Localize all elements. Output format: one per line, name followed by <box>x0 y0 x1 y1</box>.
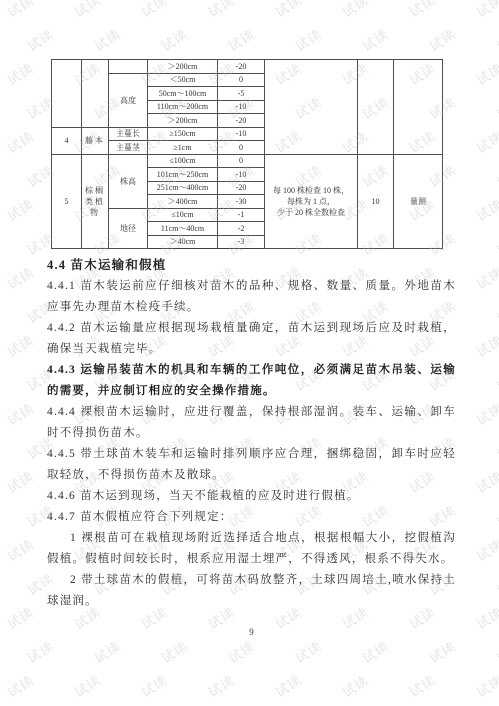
trial-read-watermark: 试读 <box>492 296 499 327</box>
trial-read-watermark: 试读 <box>137 0 171 21</box>
trial-read-watermark: 试读 <box>3 670 37 701</box>
trial-read-watermark: 试读 <box>70 0 104 21</box>
trial-read-watermark: 试读 <box>472 194 499 225</box>
trial-read-watermark: 试读 <box>492 364 499 395</box>
cell-range: ＞200cm <box>148 114 218 128</box>
cell-score: 0 <box>218 141 265 155</box>
cell-score: -1 <box>218 208 265 222</box>
cell-score: -10 <box>218 100 265 114</box>
trial-read-watermark: 试读 <box>204 0 238 21</box>
cell-range: ≤100cm <box>148 154 218 168</box>
cell-measure-blank <box>109 60 148 74</box>
paragraph-item-1: 1 裸根苗可在栽植现场附近选择适合地点，根据根幅大小，挖假植沟假植。假植时间较长… <box>47 528 456 570</box>
trial-read-watermark: 试读 <box>3 398 37 429</box>
trial-read-watermark: 试读 <box>358 636 392 667</box>
cell-points: 10 <box>358 154 394 249</box>
cell-method-blank <box>394 60 443 155</box>
cell-range: ＞40cm <box>148 235 218 249</box>
cell-range: 11cm～40cm <box>148 222 218 236</box>
trial-read-watermark: 试读 <box>472 126 499 157</box>
cell-type-palm: 棕榈类植物 <box>82 154 109 249</box>
cell-type-vine: 藤本 <box>82 127 109 154</box>
trial-read-watermark: 试读 <box>492 636 499 667</box>
cell-score: -20 <box>218 181 265 195</box>
trial-read-watermark: 试读 <box>70 670 104 701</box>
trial-read-watermark: 试读 <box>3 0 37 21</box>
cell-measure: 主蔓长 <box>109 127 148 141</box>
paragraph-4-4-4: 4.4.4 裸根苗木运输时，应进行覆盖，保持根部湿润。装车、运输、卸车时不得损伤… <box>47 402 456 444</box>
paragraph-4-4-2: 4.4.2 苗木运输量应根据现场栽植量确定，苗木运到现场后应及时栽植，确保当天栽… <box>47 318 456 360</box>
trial-read-watermark: 试读 <box>425 24 459 55</box>
trial-read-watermark: 试读 <box>204 670 238 701</box>
trial-read-watermark: 试读 <box>291 24 325 55</box>
trial-read-watermark: 试读 <box>492 160 499 191</box>
paragraph-4-4-3: 4.4.3 运输吊装苗木的机具和车辆的工作吨位，必须满足苗木吊装、运输的需要，并… <box>47 360 456 402</box>
trial-read-watermark: 试读 <box>3 534 37 565</box>
quality-check-table: ＞200cm -20 高度 ＜50cm 0 50cm～100cm -5 110c… <box>51 59 443 249</box>
trial-read-watermark: 试读 <box>224 24 258 55</box>
trial-read-watermark: 试读 <box>23 24 57 55</box>
cell-score: -10 <box>218 127 265 141</box>
trial-read-watermark: 试读 <box>472 398 499 429</box>
trial-read-watermark: 试读 <box>3 58 37 89</box>
paragraph-item-2: 2 带土球苗木的假植，可将苗木码放整齐，土球四周培土,喷水保持土球湿润。 <box>47 570 456 612</box>
trial-read-watermark: 试读 <box>472 58 499 89</box>
trial-read-watermark: 试读 <box>472 0 499 21</box>
cell-type-blank <box>82 60 109 128</box>
trial-read-watermark: 试读 <box>338 0 372 21</box>
table-row: 5 棕榈类植物 株高 ≤100cm 0 每 100 株检查 10 株， 每株为 … <box>52 154 443 168</box>
cell-range: ≥1cm <box>148 141 218 155</box>
trial-read-watermark: 试读 <box>3 602 37 633</box>
trial-read-watermark: 试读 <box>3 126 37 157</box>
cell-points-blank <box>358 60 394 155</box>
paragraph-4-4-7: 4.4.7 苗木假植应符合下列规定： <box>47 507 456 528</box>
cell-measure-plantheight: 株高 <box>109 154 148 208</box>
cell-measure-height: 高度 <box>109 73 148 127</box>
cell-range: ＞200cm <box>148 60 218 74</box>
cell-range: 101cm～250cm <box>148 168 218 182</box>
cell-no-blank <box>52 60 82 128</box>
trial-read-watermark: 试读 <box>492 568 499 599</box>
cell-score: -3 <box>218 235 265 249</box>
cell-range: ≤10cm <box>148 208 218 222</box>
trial-read-watermark: 试读 <box>472 262 499 293</box>
paragraph-4-4-5: 4.4.5 带土球苗木装车和运输时排列顺序应合理，捆绑稳固，卸车时应轻取轻放，不… <box>47 444 456 486</box>
trial-read-watermark: 试读 <box>492 432 499 463</box>
cell-range: 110cm～200cm <box>148 100 218 114</box>
trial-read-watermark: 试读 <box>492 228 499 259</box>
trial-read-watermark: 试读 <box>137 670 171 701</box>
trial-read-watermark: 试读 <box>3 194 37 225</box>
section-heading: 4.4 苗木运输和假植 <box>47 254 456 276</box>
paragraph-4-4-6: 4.4.6 苗木运到现场，当天不能栽植的应及时进行假植。 <box>47 486 456 507</box>
trial-read-watermark: 试读 <box>472 670 499 701</box>
cell-range: ＞400cm <box>148 195 218 209</box>
cell-score: 0 <box>218 73 265 87</box>
trial-read-watermark: 试读 <box>405 670 439 701</box>
cell-range: 50cm～100cm <box>148 87 218 101</box>
cell-score: -2 <box>218 222 265 236</box>
trial-read-watermark: 试读 <box>271 0 305 21</box>
cell-score: -20 <box>218 114 265 128</box>
trial-read-watermark: 试读 <box>157 636 191 667</box>
trial-read-watermark: 试读 <box>90 636 124 667</box>
trial-read-watermark: 试读 <box>157 24 191 55</box>
trial-read-watermark: 试读 <box>3 330 37 361</box>
trial-read-watermark: 试读 <box>291 636 325 667</box>
cell-score: -30 <box>218 195 265 209</box>
cell-inspection-rule: 每 100 株检查 10 株， 每株为 1 点， 少于 20 株全数检查 <box>265 154 358 249</box>
trial-read-watermark: 试读 <box>472 466 499 497</box>
cell-score: -20 <box>218 60 265 74</box>
section-4-4: 4.4 苗木运输和假植 4.4.1 苗木装运前应仔细核对苗木的品种、规格、数量、… <box>47 254 456 637</box>
cell-score: -10 <box>218 168 265 182</box>
trial-read-watermark: 试读 <box>358 24 392 55</box>
trial-read-watermark: 试读 <box>338 670 372 701</box>
trial-read-watermark: 试读 <box>23 636 57 667</box>
trial-read-watermark: 试读 <box>472 534 499 565</box>
cell-range: 251cm～400cm <box>148 181 218 195</box>
cell-method: 量测 <box>394 154 443 249</box>
trial-read-watermark: 试读 <box>3 466 37 497</box>
paragraph-4-4-1: 4.4.1 苗木装运前应仔细核对苗木的品种、规格、数量、质量。外地苗木应事先办理… <box>47 276 456 318</box>
trial-read-watermark: 试读 <box>492 500 499 531</box>
table-row: ＞200cm -20 <box>52 60 443 74</box>
trial-read-watermark: 试读 <box>492 92 499 123</box>
cell-range: ＜50cm <box>148 73 218 87</box>
cell-range: ≥150cm <box>148 127 218 141</box>
trial-read-watermark: 试读 <box>492 24 499 55</box>
trial-read-watermark: 试读 <box>224 636 258 667</box>
cell-inspection-blank <box>265 60 358 155</box>
trial-read-watermark: 试读 <box>90 24 124 55</box>
trial-read-watermark: 试读 <box>271 670 305 701</box>
cell-score: -5 <box>218 87 265 101</box>
cell-no-5: 5 <box>52 154 82 249</box>
trial-read-watermark: 试读 <box>472 602 499 633</box>
document-page: ＞200cm -20 高度 ＜50cm 0 50cm～100cm -5 110c… <box>0 0 499 706</box>
trial-read-watermark: 试读 <box>472 330 499 361</box>
cell-score: 0 <box>218 154 265 168</box>
trial-read-watermark: 试读 <box>405 0 439 21</box>
trial-read-watermark: 试读 <box>425 636 459 667</box>
trial-read-watermark: 试读 <box>3 262 37 293</box>
page-number: 9 <box>47 627 456 637</box>
cell-measure-diameter: 地径 <box>109 208 148 249</box>
cell-measure: 主蔓茎 <box>109 141 148 155</box>
cell-no-4: 4 <box>52 127 82 154</box>
